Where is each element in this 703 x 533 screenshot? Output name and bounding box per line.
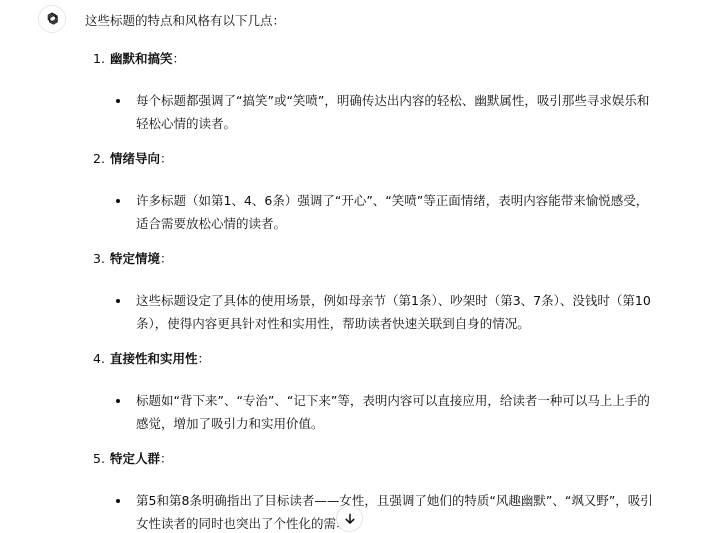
bullet-text: 每个标题都强调了“搞笑”或“笑喷”，明确传达出内容的轻松、幽默属性，吸引那些寻求…: [136, 93, 649, 131]
list-number: 4.: [93, 349, 110, 369]
list-item-practicality: 4. 直接性和实用性： 标题如“背下来”、“专治”、“记下来”等，表明内容可以直…: [93, 349, 653, 435]
section-colon: ：: [160, 149, 173, 169]
list-item-context: 3. 特定情境： 这些标题设定了具体的使用场景，例如母亲节（第1条）、吵架时（第…: [93, 249, 653, 335]
bullet-item: 第5和第8条明确指出了目标读者——女性，且强调了她们的特质“风趣幽默”、“飒又野…: [93, 489, 653, 533]
section-title: 特定情境: [110, 249, 160, 269]
section-title: 直接性和实用性: [110, 349, 198, 369]
message-intro: 这些标题的特点和风格有以下几点：: [85, 10, 665, 32]
bullet-dot: [116, 399, 120, 403]
section-colon: ：: [160, 249, 173, 269]
section-colon: ：: [173, 49, 186, 69]
bullet-dot: [116, 499, 120, 503]
list-number: 3.: [93, 249, 110, 269]
scroll-to-bottom-button[interactable]: [336, 505, 363, 532]
assistant-avatar: [38, 5, 66, 33]
bullet-dot: [116, 299, 120, 303]
list-item-audience: 5. 特定人群： 第5和第8条明确指出了目标读者——女性，且强调了她们的特质“风…: [93, 449, 653, 533]
section-colon: ：: [198, 349, 211, 369]
bullet-item: 标题如“背下来”、“专治”、“记下来”等，表明内容可以直接应用，给读者一种可以马…: [93, 389, 653, 435]
openai-logo-icon: [44, 11, 60, 27]
section-heading: 2. 情绪导向：: [93, 149, 653, 169]
list-number: 5.: [93, 449, 110, 469]
list-number: 2.: [93, 149, 110, 169]
bullet-item: 这些标题设定了具体的使用场景，例如母亲节（第1条）、吵架时（第3、7条）、没钱时…: [93, 289, 653, 335]
section-heading: 5. 特定人群：: [93, 449, 653, 469]
section-heading: 4. 直接性和实用性：: [93, 349, 653, 369]
bullet-item: 许多标题（如第1、4、6条）强调了“开心”、“笑喷”等正面情绪，表明内容能带来愉…: [93, 189, 653, 235]
bullet-text: 标题如“背下来”、“专治”、“记下来”等，表明内容可以直接应用，给读者一种可以马…: [136, 393, 650, 431]
bullet-dot: [116, 199, 120, 203]
assistant-message: 这些标题的特点和风格有以下几点： 1. 幽默和搞笑： 每个标题都强调了“搞笑”或…: [85, 10, 665, 32]
section-title: 情绪导向: [110, 149, 160, 169]
list-number: 1.: [93, 49, 110, 69]
section-heading: 3. 特定情境：: [93, 249, 653, 269]
bullet-text: 第5和第8条明确指出了目标读者——女性，且强调了她们的特质“风趣幽默”、“飒又野…: [136, 493, 653, 531]
bullet-text: 许多标题（如第1、4、6条）强调了“开心”、“笑喷”等正面情绪，表明内容能带来愉…: [136, 193, 648, 231]
bullet-item: 每个标题都强调了“搞笑”或“笑喷”，明确传达出内容的轻松、幽默属性，吸引那些寻求…: [93, 89, 653, 135]
section-heading: 1. 幽默和搞笑：: [93, 49, 653, 69]
bullet-text: 这些标题设定了具体的使用场景，例如母亲节（第1条）、吵架时（第3、7条）、没钱时…: [136, 293, 651, 331]
section-title: 幽默和搞笑: [110, 49, 173, 69]
arrow-down-icon: [343, 512, 357, 526]
bullet-dot: [116, 99, 120, 103]
list-item-humor: 1. 幽默和搞笑： 每个标题都强调了“搞笑”或“笑喷”，明确传达出内容的轻松、幽…: [93, 49, 653, 135]
section-title: 特定人群: [110, 449, 160, 469]
list-item-emotion: 2. 情绪导向： 许多标题（如第1、4、6条）强调了“开心”、“笑喷”等正面情绪…: [93, 149, 653, 235]
section-colon: ：: [160, 449, 173, 469]
